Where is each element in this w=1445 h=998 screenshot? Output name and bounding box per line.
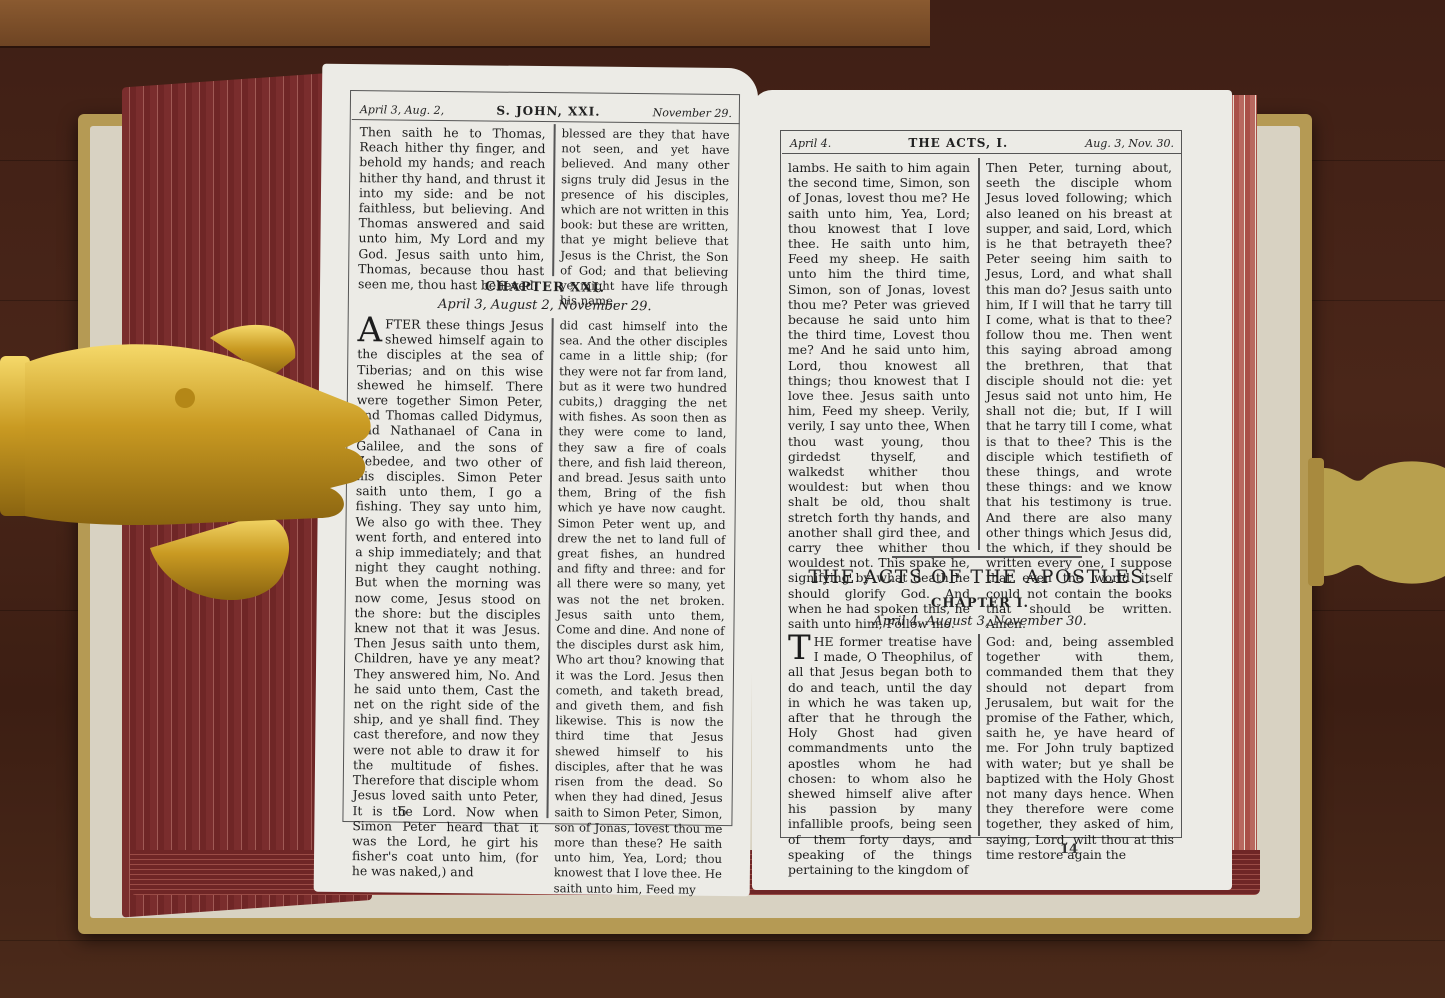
page-number: 5 xyxy=(398,805,406,820)
text-column: God: and, being assembled together with … xyxy=(986,634,1174,862)
wood-grain xyxy=(0,940,1445,941)
text-column: lambs. He saith to him again the second … xyxy=(788,160,970,631)
chapter-dates: April 4, August 3, November 30. xyxy=(780,614,1180,629)
right-page: April 4. THE ACTS, I. Aug. 3, Nov. 30. l… xyxy=(752,90,1232,890)
header-dates-right: Aug. 3, Nov. 30. xyxy=(1085,137,1174,150)
table-plank xyxy=(0,0,930,48)
verse-text: HE former treatise have I made, O Theoph… xyxy=(788,634,972,877)
page-number: 14 xyxy=(1060,842,1078,857)
verse-text: lambs. He saith to him again the second … xyxy=(788,160,970,631)
drop-cap: T xyxy=(788,634,811,662)
verse-text: God: and, being assembled together with … xyxy=(986,634,1174,862)
running-header: April 4. THE ACTS, I. Aug. 3, Nov. 30. xyxy=(782,136,1182,154)
text-column: Then saith he to Thomas, Reach hither th… xyxy=(358,124,546,293)
left-page: April 3, Aug. 2, S. JOHN, XXI. November … xyxy=(314,64,759,897)
column-rule xyxy=(978,634,980,836)
text-column: did cast himself into the sea. And the o… xyxy=(554,318,728,897)
text-column: AFTER these things Jesus shewed himself … xyxy=(352,316,544,880)
chapter-heading: CHAPTER I. xyxy=(780,596,1180,611)
header-title: THE ACTS, I. xyxy=(908,136,1008,150)
header-dates-right: November 29. xyxy=(653,106,732,120)
header-title: S. JOHN, XXI. xyxy=(496,104,600,119)
verse-text: Then saith he to Thomas, Reach hither th… xyxy=(358,124,546,293)
column-rule xyxy=(978,158,980,550)
verse-text: Then Peter, turning about, seeth the dis… xyxy=(986,160,1172,631)
header-dates-left: April 4. xyxy=(790,137,831,150)
verse-text: did cast himself into the sea. And the o… xyxy=(554,318,728,897)
text-column: THE former treatise have I made, O Theop… xyxy=(788,634,972,877)
verse-text: FTER these things Jesus shewed himself a… xyxy=(352,316,544,879)
header-dates-left: April 3, Aug. 2, xyxy=(360,103,444,117)
book-title: THE ACTS OF THE APOSTLES. xyxy=(780,566,1180,588)
gold-hand-bookmark-icon xyxy=(0,318,380,613)
text-column: Then Peter, turning about, seeth the dis… xyxy=(986,160,1172,631)
section-rule xyxy=(892,556,1082,558)
brass-clasp-icon xyxy=(1304,458,1445,588)
